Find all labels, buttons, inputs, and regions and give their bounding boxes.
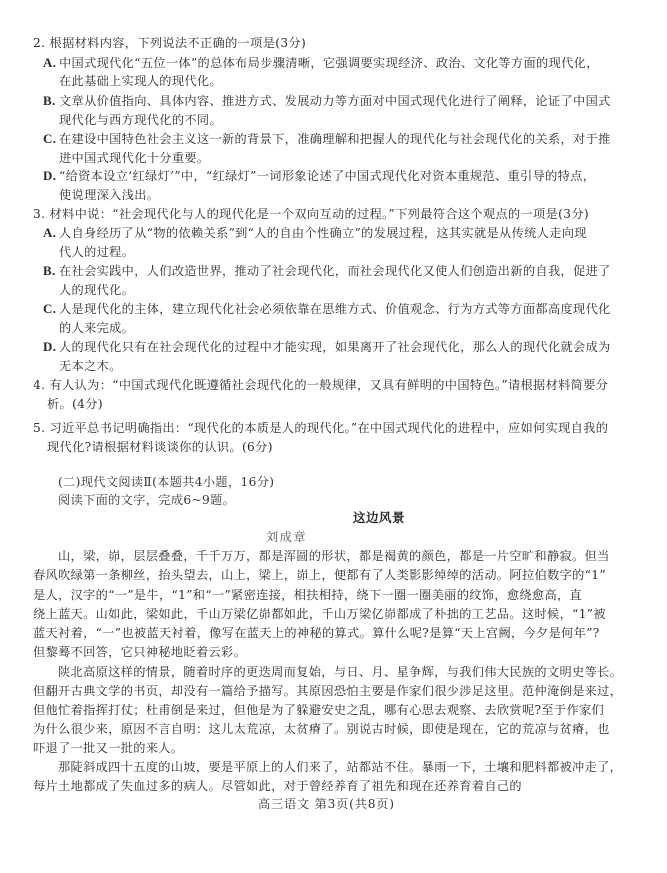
q3-option-c-label: C. [43,301,56,317]
q3-option-d-line1: 人的现代化只有在社会现代化的过程中才能实现，如果离开了社会现代化，那么人的现代化… [59,339,611,355]
q2-stem: 2. 根据材料内容，下列说法不正确的一项是(3分) [33,35,306,51]
article-p3-line2: 每片土地都成了失血过多的病人。尽管如此，对于曾经养育了祖先和现在还养育着自己的 [33,778,522,794]
q2-option-b-line2: 现代化与西方现代化的不同。 [59,112,222,128]
article-p3-line1: 那陡斜成四十五度的山坡，要是平原上的人们来了，站都站不住。暴雨一下，土壤和肥料都… [58,759,622,775]
q3-option-b-label: B. [43,263,56,279]
article-title: 这边风景 [353,510,405,526]
q2-option-a-label: A. [43,55,56,71]
q5-line1: 5. 习近平总书记明确指出：“现代化的本质是人的现代化。”在中国式现代化的进程中… [33,420,608,436]
article-p2-line3: 但他忙着指挥打仗；杜甫倒是来过，但他是为了躲避安史之乱，哪有心思去观察、去欣赏呢… [33,702,604,718]
q3-option-d-line2: 无本之木。 [59,358,122,374]
q3-option-a-line2: 代人的过程。 [59,244,134,260]
article-p1-line6: 但黎蓦不回答，它只神秘地眨着云彩。 [33,644,246,660]
q5-line2: 现代化?请根据材料谈谈你的认识。(6分) [47,439,273,455]
section2-instruction: 阅读下面的文字，完成6~9题。 [58,492,235,508]
q3-option-a-line1: 人自身经历了从“物的依赖关系”到“人的自由个性确立”的发展过程，这其实就是从传统… [59,225,587,241]
q3-option-b-line1: 在社会实践中，人们改造世界，推动了社会现代化，而社会现代化又使人们创造出新的自我… [59,263,611,279]
q3-option-b-line2: 人的现代化。 [59,282,134,298]
q2-option-c-line2: 进中国式现代化十分重要。 [59,150,209,166]
q2-option-a-line1: 中国式现代化“五位一体”的总体布局步骤清晰，它强调要实现经济、政治、文化等方面的… [59,55,599,71]
article-p1-line2: 春风吹绿第一条柳丝，抬头望去，山上，梁上，峁上，便都有了人类影影绰绰的活动。阿拉… [33,567,606,583]
q4-line2: 析。(4分) [47,396,103,412]
q2-option-d-label: D. [43,168,56,184]
q3-option-d-label: D. [43,339,56,355]
q2-option-c-line1: 在建设中国特色社会主义这一新的背景下，准确理解和把握人的现代化与社会现代化的关系… [59,131,611,147]
q2-option-b-label: B. [43,93,56,109]
q2-option-c-label: C. [43,131,56,147]
q3-stem: 3. 材料中说：“社会现代化与人的现代化是一个双向互动的过程。”下列最符合这个观… [33,206,589,222]
article-author: 刘成章 [266,529,307,545]
article-p2-line2: 但翻开古典文学的书页，却没有一篇给予描写。其原因恐怕主要是作家们很少涉足这里。范… [33,683,622,699]
article-p2-line1: 陕北高原这样的情景，随着时序的更迭周而复始，与日、月、星争辉，与我们伟大民族的文… [58,664,622,680]
exam-page: 2. 根据材料内容，下列说法不正确的一项是(3分) A. 中国式现代化“五位一体… [0,0,667,873]
article-p1-line1: 山，梁，峁，层层叠叠，千千万万，都是浑圆的形状，都是褐黄的颜色，都是一片空旷和静… [58,548,610,564]
article-p1-line4: 绕上蓝天。山如此，梁如此，千山万梁亿峁都如此，千山万梁亿峁都成了朴拙的工艺品。这… [33,606,606,622]
article-p2-line5: 吓退了一批又一批的来人。 [33,740,183,756]
section2-heading: (二)现代文阅读Ⅱ(本题共4小题，16分) [58,474,274,490]
q2-option-a-line2: 在此基础上实现人的现代化。 [59,73,222,89]
article-p1-line3: 是人，汉字的“一”是牛，“1”和“一”紧密连接，相扶相持，绕下一圈一圈美丽的纹饰… [33,587,582,603]
article-p2-line4: 为什么很少来，原因不言自明：这儿太荒凉，太贫瘠了。别说古时候，即使是现在，它的荒… [33,721,610,737]
q4-line1: 4. 有人认为：“中国式现代化既遵循社会现代化的一般规律，又具有鲜明的中国特色。… [33,377,608,393]
q2-option-d-line2: 使说理深入浅出。 [59,187,159,203]
page-footer: 高三语文 第3页(共8页) [258,796,395,812]
q3-option-a-label: A. [43,225,56,241]
q2-option-d-line1: “给资本设立‘红绿灯’”中，“红绿灯”一词形象论述了中国式现代化对资本重规范、重… [59,168,595,184]
article-p1-line5: 蓝天衬着，“一”也被蓝天衬着，像写在蓝天上的神秘的算式。算什么呢?是算“天上宫阙… [33,625,600,641]
q2-option-b-line1: 文章从价值指向、具体内容、推进方式、发展动力等方面对中国式现代化进行了阐释，论证… [59,93,611,109]
q3-option-c-line2: 的人来完成。 [59,320,134,336]
q3-option-c-line1: 人是现代化的主体，建立现代化社会必须依靠在思维方式、价值观念、行为方式等方面都高… [59,301,611,317]
